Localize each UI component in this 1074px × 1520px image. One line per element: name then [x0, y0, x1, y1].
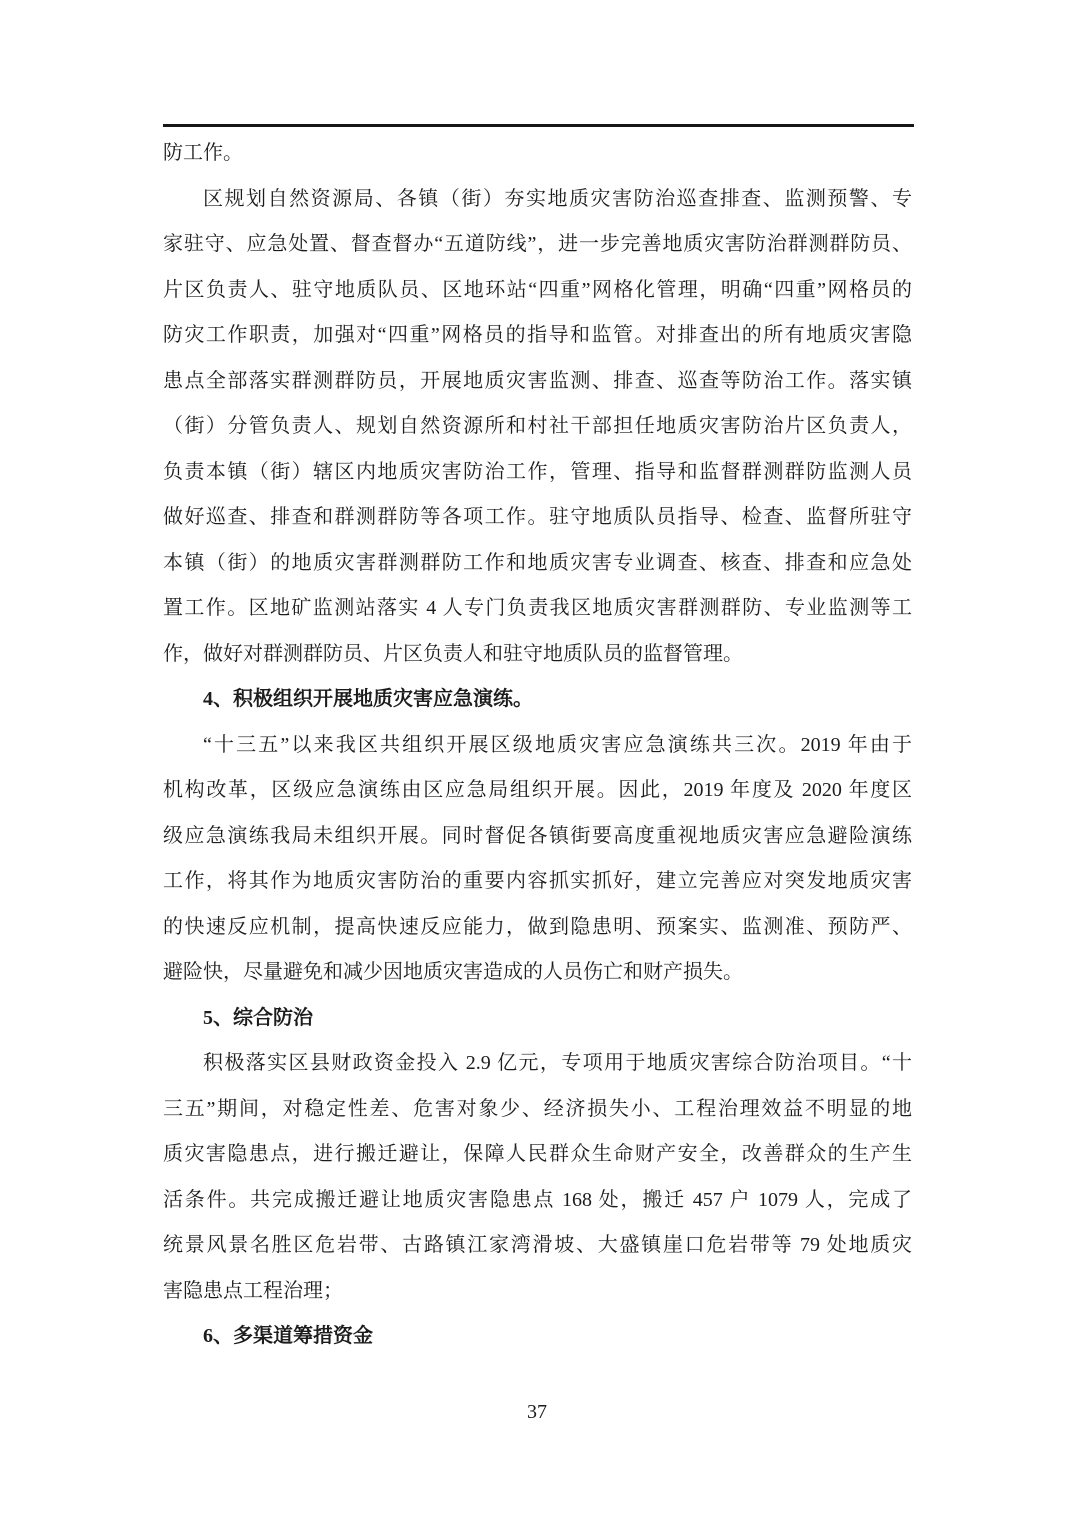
document-page: 防工作。区规划自然资源局、各镇（街）夯实地质灾害防治巡查排查、监测预警、专家驻守… — [0, 0, 1074, 1520]
text-line: 统景风景名胜区危岩带、古路镇江家湾滑坡、大盛镇崖口危岩带等 79 处地质灾 — [163, 1223, 912, 1269]
text-line: 负责本镇（街）辖区内地质灾害防治工作，管理、指导和监督群测群防监测人员 — [163, 450, 912, 496]
text-line: 级应急演练我局未组织开展。同时督促各镇街要高度重视地质灾害应急避险演练 — [163, 814, 912, 860]
text-line: 做好巡查、排查和群测群防等各项工作。驻守地质队员指导、检查、监督所驻守 — [163, 495, 912, 541]
section-heading: 4、积极组织开展地质灾害应急演练。 — [163, 677, 912, 723]
text-line: 作，做好对群测群防员、片区负责人和驻守地质队员的监督管理。 — [163, 632, 912, 678]
page-number: 37 — [0, 1398, 1074, 1426]
text-line: 置工作。区地矿监测站落实 4 人专门负责我区地质灾害群测群防、专业监测等工 — [163, 586, 912, 632]
text-line: （街）分管负责人、规划自然资源所和村社干部担任地质灾害防治片区负责人， — [163, 404, 912, 450]
text-line: 片区负责人、驻守地质队员、区地环站“四重”网格化管理，明确“四重”网格员的 — [163, 268, 912, 314]
text-line: 避险快，尽量避免和减少因地质灾害造成的人员伤亡和财产损失。 — [163, 950, 912, 996]
section-heading: 5、综合防治 — [163, 996, 912, 1042]
text-line: 质灾害隐患点，进行搬迁避让，保障人民群众生命财产安全，改善群众的生产生 — [163, 1132, 912, 1178]
section-heading: 6、多渠道筹措资金 — [163, 1314, 912, 1360]
text-line: 本镇（街）的地质灾害群测群防工作和地质灾害专业调查、核查、排查和应急处 — [163, 541, 912, 587]
header-rule — [163, 124, 914, 127]
body-text: 防工作。区规划自然资源局、各镇（街）夯实地质灾害防治巡查排查、监测预警、专家驻守… — [163, 131, 912, 1360]
text-line: 工作，将其作为地质灾害防治的重要内容抓实抓好，建立完善应对突发地质灾害 — [163, 859, 912, 905]
text-line: 机构改革，区级应急演练由区应急局组织开展。因此，2019 年度及 2020 年度… — [163, 768, 912, 814]
text-line: 的快速反应机制，提高快速反应能力，做到隐患明、预案实、监测准、预防严、 — [163, 905, 912, 951]
text-line: 活条件。共完成搬迁避让地质灾害隐患点 168 处，搬迁 457 户 1079 人… — [163, 1178, 912, 1224]
text-line: 家驻守、应急处置、督查督办“五道防线”，进一步完善地质灾害防治群测群防员、 — [163, 222, 912, 268]
text-line: “十三五”以来我区共组织开展区级地质灾害应急演练共三次。2019 年由于 — [163, 723, 912, 769]
text-line: 区规划自然资源局、各镇（街）夯实地质灾害防治巡查排查、监测预警、专 — [163, 177, 912, 223]
text-line: 害隐患点工程治理； — [163, 1269, 912, 1315]
text-line: 患点全部落实群测群防员，开展地质灾害监测、排查、巡查等防治工作。落实镇 — [163, 359, 912, 405]
text-line: 积极落实区县财政资金投入 2.9 亿元，专项用于地质灾害综合防治项目。“十 — [163, 1041, 912, 1087]
text-line: 防工作。 — [163, 131, 912, 177]
text-line: 防灾工作职责，加强对“四重”网格员的指导和监管。对排查出的所有地质灾害隐 — [163, 313, 912, 359]
text-line: 三五”期间，对稳定性差、危害对象少、经济损失小、工程治理效益不明显的地 — [163, 1087, 912, 1133]
